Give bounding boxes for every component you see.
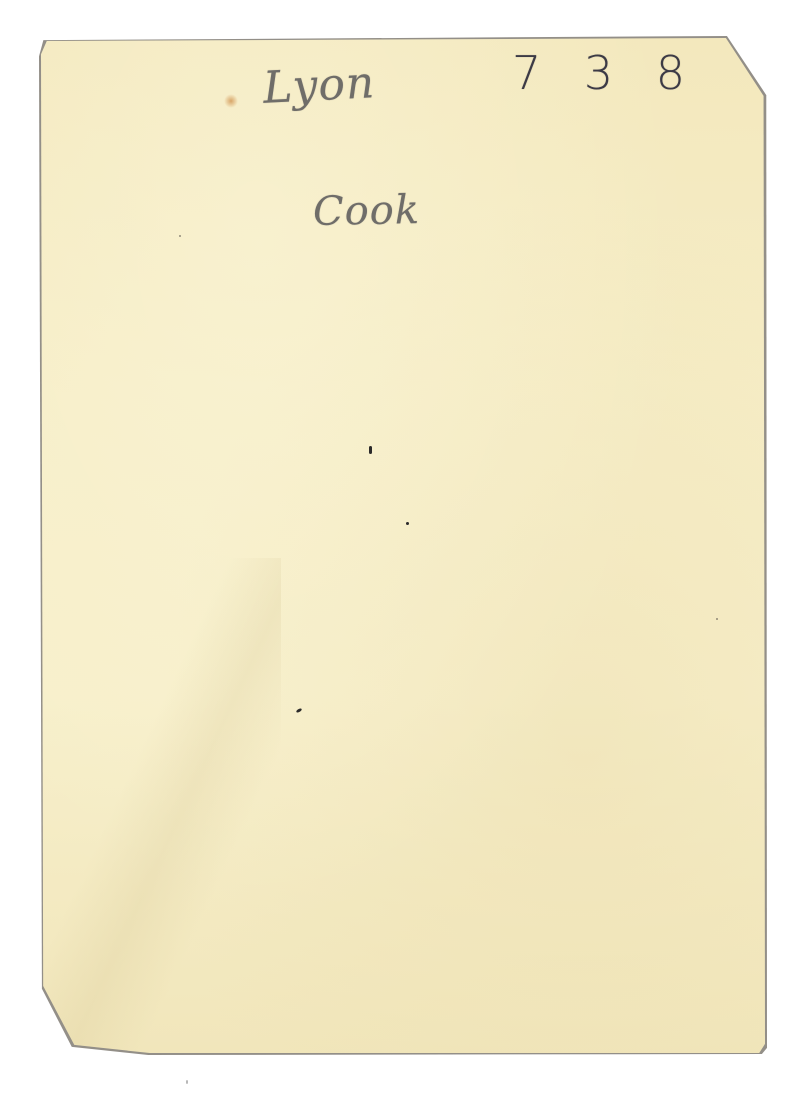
handwritten-occupation: Cook	[313, 187, 421, 235]
ink-speck	[179, 235, 181, 237]
ink-speck	[296, 708, 303, 714]
scan-dust-speck	[186, 1080, 188, 1084]
handwritten-name: Lyon	[262, 57, 377, 114]
ink-speck	[406, 522, 409, 525]
ink-speck	[369, 446, 372, 454]
handwritten-number: 7 3 8	[512, 46, 699, 100]
scan-background: Lyon 7 3 8 Cook	[0, 0, 810, 1100]
ink-speck	[716, 618, 718, 620]
foxing-stain	[224, 94, 238, 108]
fold-shadow	[41, 558, 281, 1053]
handwritten-number-value: 7 3 8	[512, 46, 699, 100]
